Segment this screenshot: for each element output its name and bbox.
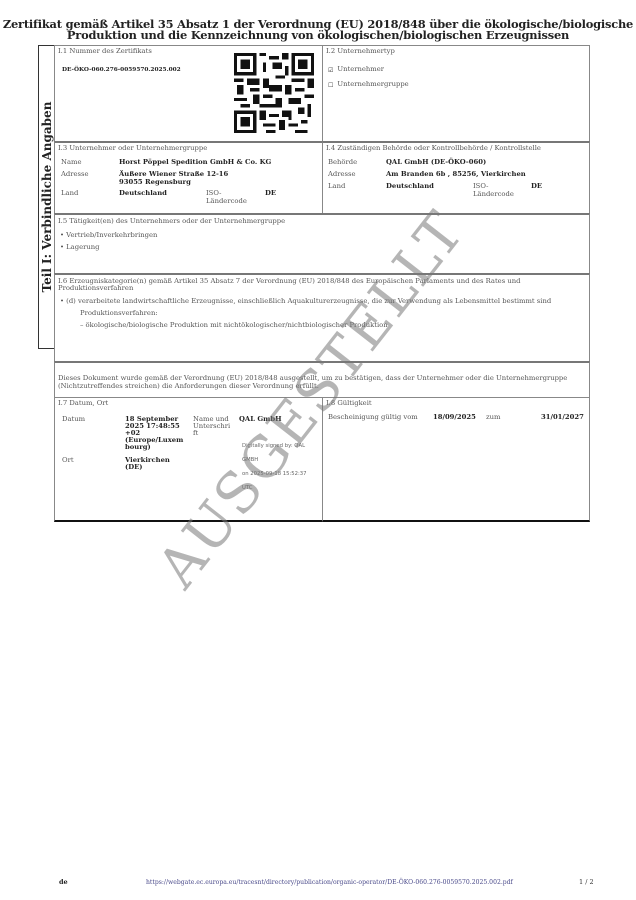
activity-item: • Vertrieb/Inverkehrbringen <box>60 232 157 240</box>
valid-to-label: zum <box>486 414 500 422</box>
section-heading: I.8 Gültigkeit <box>326 400 372 408</box>
digital-signature-line: Digitally signed by: QAL <box>242 443 305 449</box>
page-number: 1 / 2 <box>579 878 594 886</box>
signature-label: Name und Unterschri ft <box>193 416 230 437</box>
section-activities: I.5 Tätigkeit(en) des Unternehmers oder … <box>54 213 590 274</box>
section-heading: I.5 Tätigkeit(en) des Unternehmers oder … <box>58 218 285 226</box>
address-label: Adresse <box>61 171 89 179</box>
authority-address: Am Branden 6b , 85256, Vierkirchen <box>386 171 526 179</box>
section-operator-type: I.2 Unternehmertyp ☑Unternehmer ☐Unterne… <box>322 45 590 142</box>
option-label: Unternehmer <box>337 65 384 73</box>
unchecked-box-icon: ☐ <box>328 83 333 89</box>
sidebar-label: Teil I: Verbindliche Angaben <box>40 102 54 293</box>
address-label: Adresse <box>328 171 356 179</box>
title-line-2: Produktion und die Kennzeichnung von öko… <box>0 30 636 41</box>
signer-name: QAL GmbH <box>239 416 282 424</box>
authority-label: Behörde <box>328 159 357 167</box>
part-one-sidebar: Teil I: Verbindliche Angaben <box>38 45 55 349</box>
iso-label-2: Ländercode <box>206 198 247 206</box>
operator-address-line-2: 93055 Regensburg <box>119 179 191 187</box>
production-methods-label: Produktionsverfahren: <box>80 310 158 318</box>
operator-iso-code: DE <box>265 190 276 198</box>
category-item: • (d) verarbeitete landwirtschaftliche E… <box>60 298 551 306</box>
authority-iso-code: DE <box>531 183 542 191</box>
activity-item: • Lagerung <box>60 244 99 252</box>
section-heading: I.7 Datum, Ort <box>58 400 108 408</box>
signature-label-line: ft <box>193 430 230 437</box>
operator-country: Deutschland <box>119 190 167 198</box>
section-date-place: I.7 Datum, Ort Datum 18 September 2025 1… <box>54 397 323 522</box>
operator-name: Horst Pöppel Spedition GmbH & Co. KG <box>119 159 271 167</box>
footer-url-link[interactable]: https://webgate.ec.europa.eu/tracesnt/di… <box>146 879 513 886</box>
digital-signature-line: GMBH <box>242 457 258 463</box>
section-heading: I.2 Unternehmertyp <box>326 48 395 56</box>
section-validity: I.8 Gültigkeit Bescheinigung gültig vom … <box>322 397 590 522</box>
country-label: Land <box>61 190 78 198</box>
section-heading-2: Produktionsverfahren <box>58 285 133 293</box>
digital-signature-line: on 2025-09-18 15:52:37 <box>242 471 307 477</box>
certificate-number: DE-ÖKO-060.276-0059570.2025.002 <box>62 67 181 75</box>
option-label: Unternehmergruppe <box>337 80 408 88</box>
statement-line-2: (Nichtzutreffendes streichen) die Anford… <box>58 383 319 391</box>
authority-name: QAL GmbH (DE-ÖKO-060) <box>386 159 486 167</box>
qr-code-icon <box>234 53 314 133</box>
section-heading: I.3 Unternehmer oder Unternehmergruppe <box>58 145 207 153</box>
document-title: Zertifikat gemäß Artikel 35 Absatz 1 der… <box>0 19 636 41</box>
checkbox-operator[interactable]: ☑Unternehmer <box>328 66 384 74</box>
valid-from-label: Bescheinigung gültig vom <box>328 414 418 422</box>
statement-box: Dieses Dokument wurde gemäß der Verordnu… <box>54 361 590 398</box>
section-control-authority: I.4 Zuständigen Behörde oder Kontrollbeh… <box>322 141 590 214</box>
country-label: Land <box>328 183 345 191</box>
signature-label-line: Unterschri <box>193 423 230 430</box>
digital-signature-line: UTC <box>242 485 253 491</box>
authority-country: Deutschland <box>386 183 434 191</box>
valid-to-date: 31/01/2027 <box>541 414 584 422</box>
place-label: Ort <box>62 457 74 465</box>
production-method: – ökologische/biologische Produktion mit… <box>80 322 388 330</box>
iso-label-2: Ländercode <box>473 191 514 199</box>
date-line: bourg) <box>125 444 183 451</box>
section-operator: I.3 Unternehmer oder Unternehmergruppe N… <box>54 141 323 214</box>
valid-from-date: 18/09/2025 <box>433 414 476 422</box>
checked-box-icon: ☑ <box>328 68 333 74</box>
section-product-categories: I.6 Erzeugniskategorie(n) gemäß Artikel … <box>54 273 590 362</box>
name-label: Name <box>61 159 81 167</box>
issue-place: Vierkirchen (DE) <box>125 457 170 471</box>
date-label: Datum <box>62 416 85 424</box>
section-heading: I.4 Zuständigen Behörde oder Kontrollbeh… <box>326 145 541 153</box>
issue-date: 18 September 2025 17:48:55 +02 (Europe/L… <box>125 416 183 451</box>
checkbox-operator-group[interactable]: ☐Unternehmergruppe <box>328 81 409 89</box>
place-line: (DE) <box>125 464 170 471</box>
section-heading: I.1 Nummer des Zertifikats <box>58 48 152 56</box>
footer-language: de <box>59 878 68 886</box>
